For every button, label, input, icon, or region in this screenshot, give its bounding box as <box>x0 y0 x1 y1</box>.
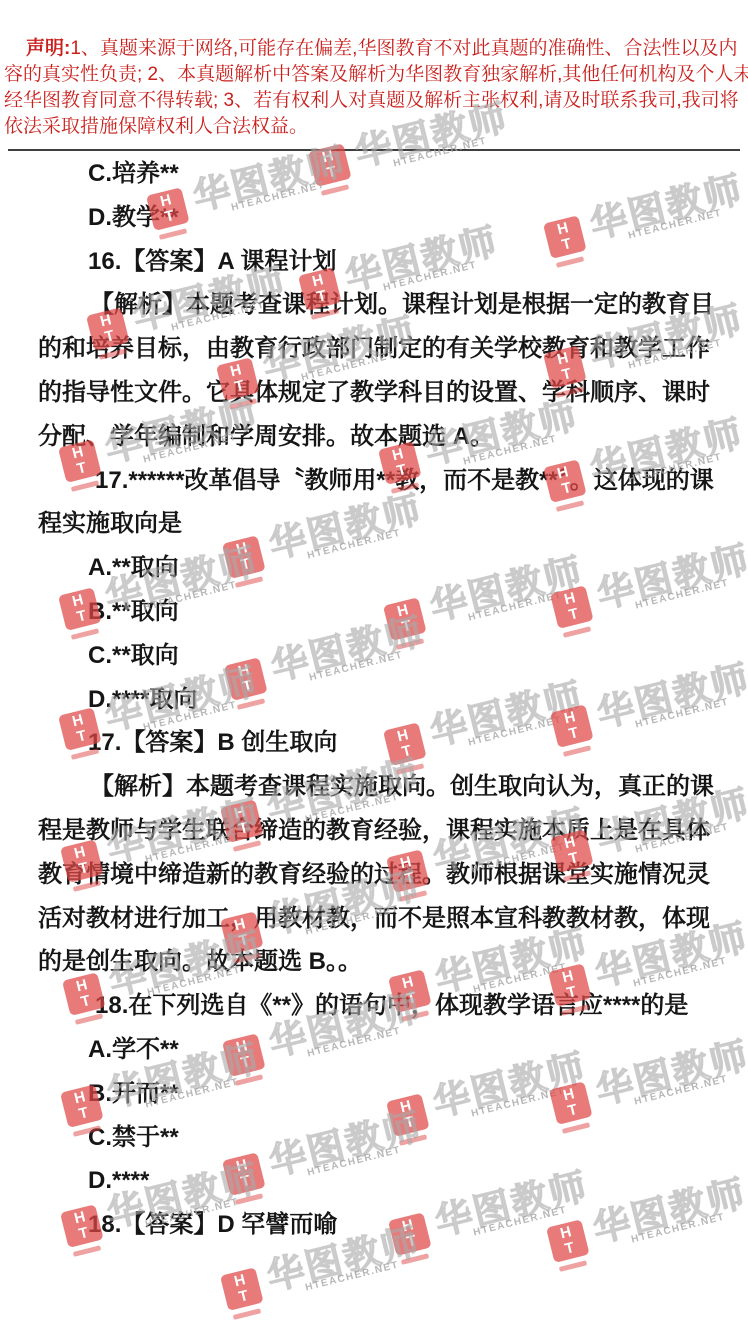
disclaimer-line: 声明:1、真题来源于网络,可能存在偏差,华图教育不对此真题的准确性、合法性以及内 <box>4 36 746 62</box>
document-page: { "disclaimer": { "label": "声明:", "line1… <box>0 0 748 1334</box>
text-line: 【解析】本题考查课程计划。课程计划是根据一定的教育目 <box>0 283 748 327</box>
logo-letter-bottom: T <box>224 1284 263 1309</box>
logo-subtext-mark <box>73 1245 101 1257</box>
logo-subtext-mark <box>401 1253 429 1265</box>
text-line: D.****取向 <box>0 678 748 722</box>
text-line: 的是创生取向。故本题选 B。。 <box>0 940 748 984</box>
text-line: A.学不** <box>0 1028 748 1072</box>
text-line: D.**** <box>0 1159 748 1203</box>
text-line: D.教学** <box>0 196 748 240</box>
disclaimer: 声明:1、真题来源于网络,可能存在偏差,华图教育不对此真题的准确性、合法性以及内… <box>4 36 746 140</box>
disclaimer-line: 依法采取措施保障权利人合法权益。 <box>4 114 746 140</box>
text-line: C.禁于** <box>0 1116 748 1160</box>
text-line: 程是教师与学生联合缔造的教育经验，课程实施本质上是在具体 <box>0 809 748 853</box>
text-line: C.**取向 <box>0 634 748 678</box>
disclaimer-text: 1、真题来源于网络,可能存在偏差,华图教育不对此真题的准确性、合法性以及内 <box>70 38 737 59</box>
text-line: 17.【答案】B 创生取向 <box>0 721 748 765</box>
text-line: 18.【答案】D 罕譬而喻 <box>0 1203 748 1247</box>
text-line: 【解析】本题考查课程实施取向。创生取向认为，真正的课 <box>0 765 748 809</box>
text-line: 分配、学年编制和学周安排。故本题选 A。 <box>0 415 748 459</box>
huatu-logo-icon: HT <box>220 1267 264 1311</box>
watermark-en-text: HTEACHER.NET <box>304 1260 400 1294</box>
text-line: 18.在下列选自《**》的语句中，体现教学语言应****的是 <box>0 984 748 1028</box>
header-divider <box>8 149 740 151</box>
text-line: 活对教材进行加工，用教材教，而不是照本宣科教教材教，体现 <box>0 897 748 941</box>
logo-subtext-mark <box>559 1260 587 1272</box>
text-line: A.**取向 <box>0 546 748 590</box>
text-line: B.**取向 <box>0 590 748 634</box>
text-line: C.培养** <box>0 152 748 196</box>
text-line: 16.【答案】A 课程计划 <box>0 240 748 284</box>
text-line: 的和培养目标，由教育行政部门制定的有关学校教育和教学工作 <box>0 327 748 371</box>
text-line: 17.******改革倡导〝教师用**教，而不是教**〞。这体现的课 <box>0 459 748 503</box>
disclaimer-line: 经华图教育同意不得转载; 3、若有权利人对真题及解析主张权利,请及时联系我司,我… <box>4 88 746 114</box>
disclaimer-lines: 容的真实性负责; 2、本真题解析中答案及解析为华图教育独家解析,其他任何机构及个… <box>4 62 746 140</box>
logo-subtext-mark <box>233 1308 261 1320</box>
disclaimer-line: 容的真实性负责; 2、本真题解析中答案及解析为华图教育独家解析,其他任何机构及个… <box>4 62 746 88</box>
text-line: 的指导性文件。它具体规定了教学科目的设置、学科顺序、课时 <box>0 371 748 415</box>
logo-letter-top: H <box>220 1268 259 1293</box>
content-lines: C.培养**D.教学**16.【答案】A 课程计划【解析】本题考查课程计划。课程… <box>0 152 748 1247</box>
disclaimer-label: 声明: <box>26 38 70 59</box>
text-line: 程实施取向是 <box>0 502 748 546</box>
text-line: 教育情境中缔造新的教育经验的过程。教师根据课堂实施情况灵 <box>0 853 748 897</box>
text-line: B.开而** <box>0 1072 748 1116</box>
